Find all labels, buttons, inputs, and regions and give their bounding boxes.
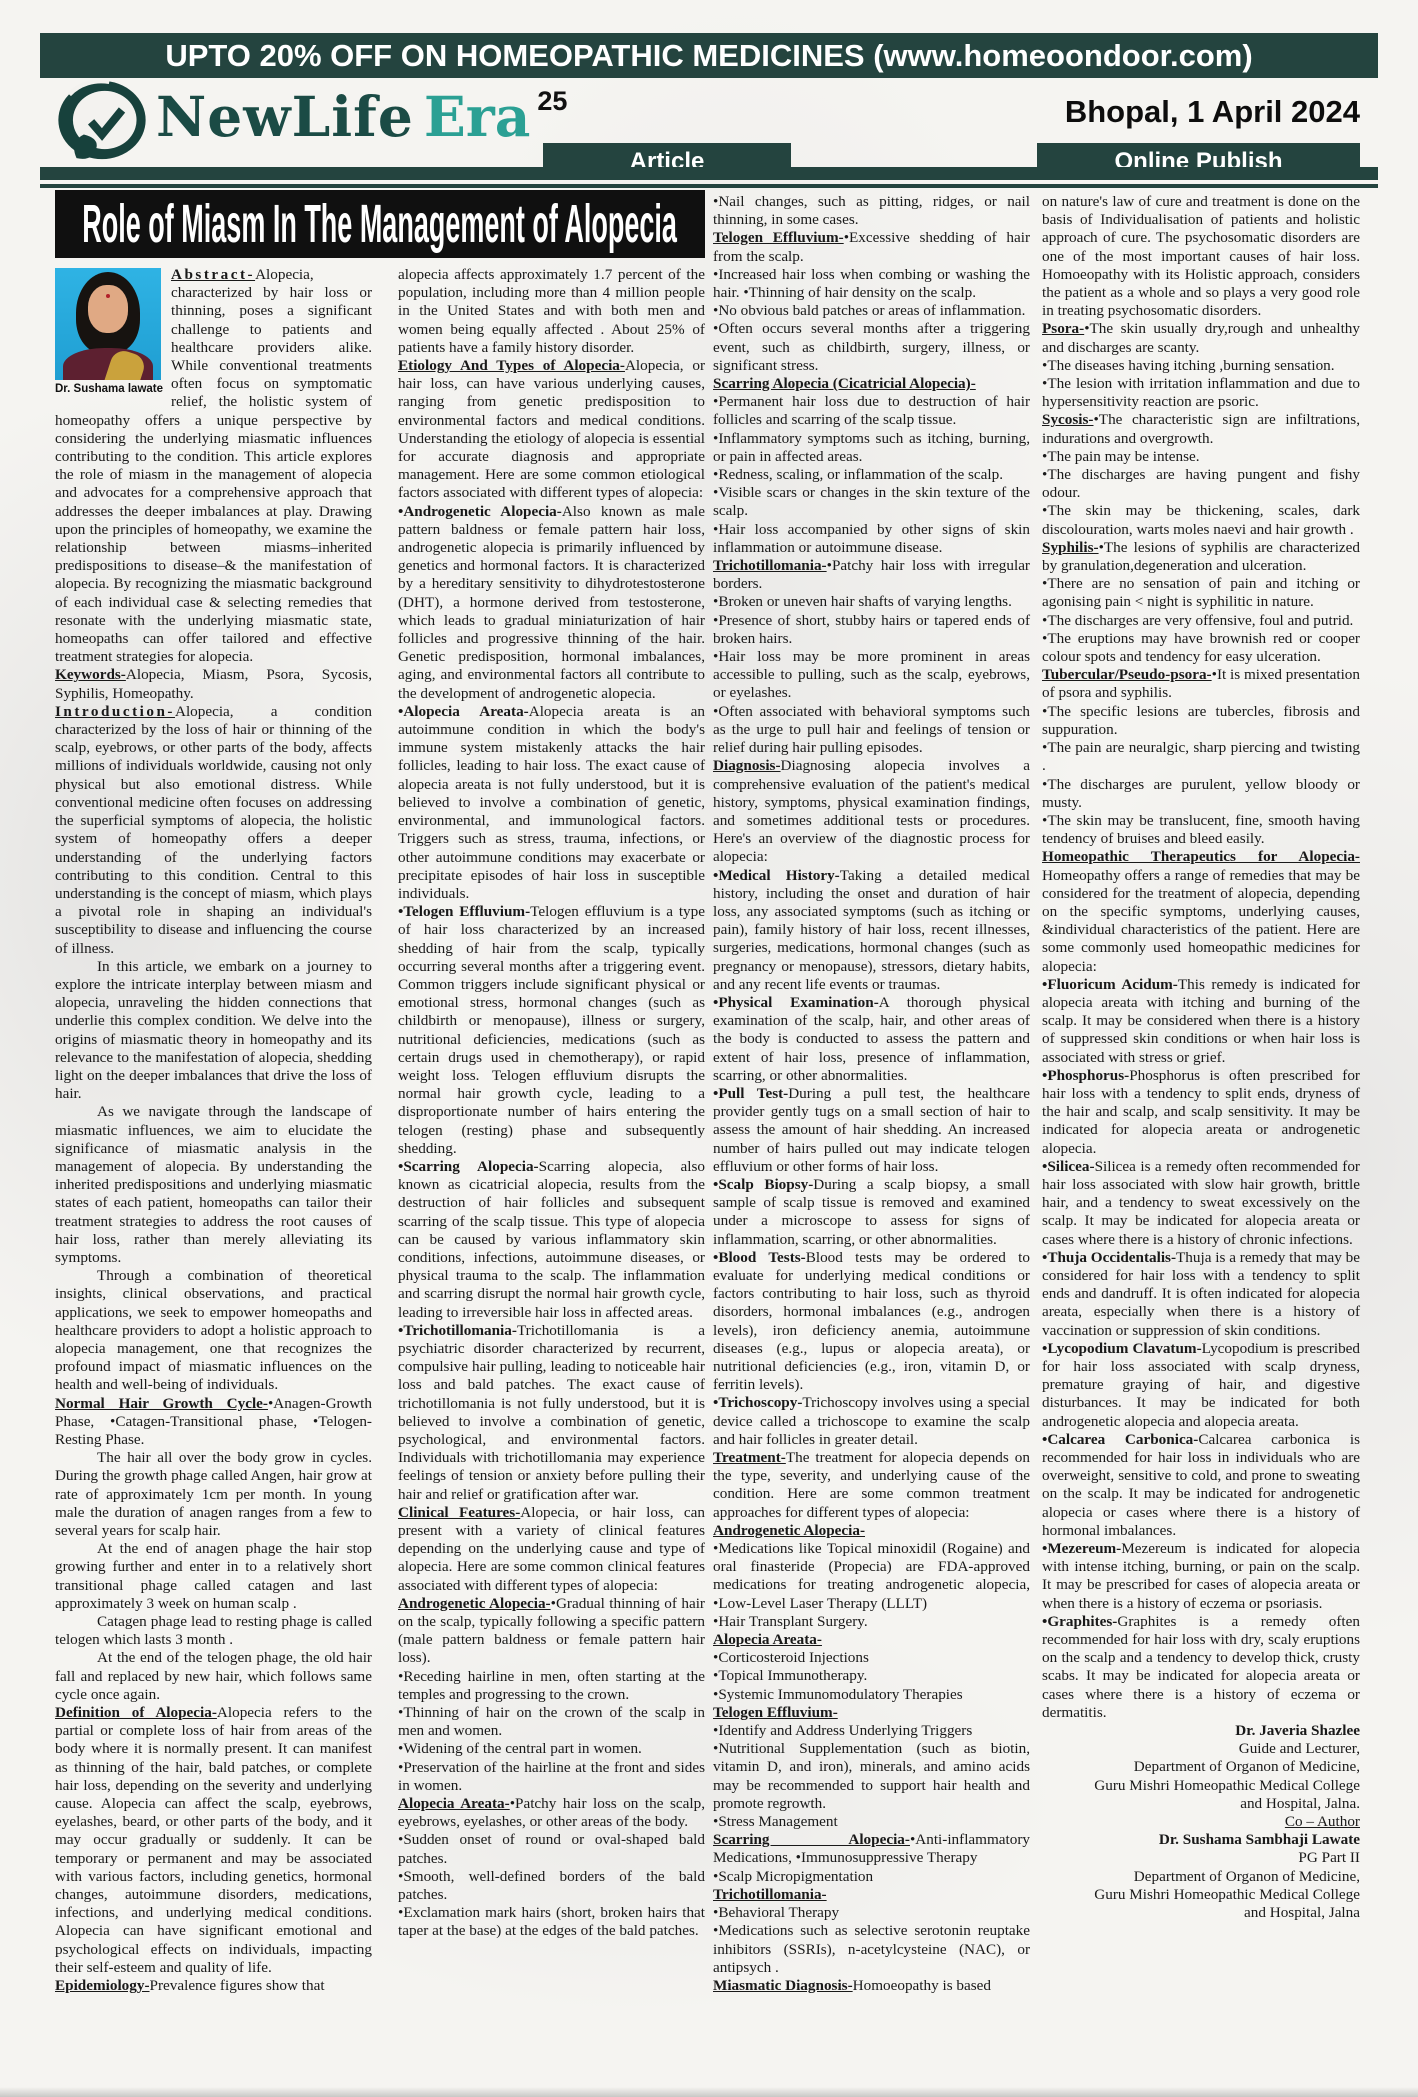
article-paragraph: Catagen phage lead to resting phage is c…: [55, 1613, 372, 1649]
article-paragraph: •Pull Test-During a pull test, the healt…: [713, 1085, 1030, 1176]
article-paragraph: •Widening of the central part in women.: [398, 1740, 705, 1758]
newlife-logo: NewLife Era 25: [56, 80, 567, 160]
article-paragraph: •Corticosteroid Injections: [713, 1649, 1030, 1667]
paragraph-lead: Definition of Alopecia-: [55, 1704, 217, 1721]
article-paragraph: Telogen Effluvium-: [713, 1704, 1030, 1722]
article-paragraph: •Redness, scaling, or inflammation of th…: [713, 466, 1030, 484]
article-paragraph: •Exclamation mark hairs (short, broken h…: [398, 1904, 705, 1940]
promo-banner-text: UPTO 20% OFF ON HOMEOPATHIC MEDICINES (w…: [165, 38, 1252, 74]
paragraph-lead: Androgenetic Alopecia-: [713, 1522, 865, 1539]
article-paragraph: Dr. Sushama Sambhaji Lawate: [1042, 1831, 1360, 1849]
paragraph-lead: •Androgenetic Alopecia-: [398, 503, 562, 520]
article-paragraph: •Medical History-Taking a detailed medic…: [713, 867, 1030, 994]
article-paragraph: •Behavioral Therapy: [713, 1904, 1030, 1922]
article-paragraph: •Stress Management: [713, 1813, 1030, 1831]
paragraph-lead: •Lycopodium Clavatum-: [1042, 1340, 1202, 1357]
paragraph-lead: •Pull Test-: [713, 1085, 788, 1102]
article-paragraph: Normal Hair Growth Cycle-•Anagen-Growth …: [55, 1395, 372, 1450]
article-paragraph: •The pain are neuralgic, sharp piercing …: [1042, 739, 1360, 775]
paragraph-lead: •Trichoscopy-: [713, 1394, 802, 1411]
article-paragraph: •Androgenetic Alopecia-Also known as mal…: [398, 503, 705, 703]
paragraph-lead: •Scarring Alopecia-: [398, 1158, 539, 1175]
article-paragraph: •Topical Immunotherapy.: [713, 1667, 1030, 1685]
paragraph-lead: •Telogen Effluvium-: [398, 903, 530, 920]
article-paragraph: •Nail changes, such as pitting, ridges, …: [713, 193, 1030, 229]
article-paragraph: Homeopathic Therapeutics for Alopecia-Ho…: [1042, 848, 1360, 975]
article-column-1: Dr. Sushama lawate Abstract-Alopecia, ch…: [55, 266, 372, 1995]
article-paragraph: •There are no sensation of pain and itch…: [1042, 575, 1360, 611]
paragraph-lead: •Thuja Occidentalis-: [1042, 1249, 1176, 1266]
paragraph-lead: Telogen Effluvium-: [713, 1704, 838, 1721]
paragraph-lead: Alopecia Areata-: [713, 1631, 822, 1648]
article-paragraph: •Scalp Biopsy-During a scalp biopsy, a s…: [713, 1176, 1030, 1249]
article-paragraph: Guide and Lecturer,: [1042, 1740, 1360, 1758]
paragraph-lead: Androgenetic Alopecia-: [398, 1595, 551, 1612]
article-paragraph: Psora-•The skin usually dry,rough and un…: [1042, 320, 1360, 356]
paragraph-lead: Syphilis-: [1042, 539, 1099, 556]
article-paragraph: Scarring Alopecia (Cicatricial Alopecia)…: [713, 375, 1030, 393]
article-paragraph: •Silicea-Silicea is a remedy often recom…: [1042, 1158, 1360, 1249]
article-headline-text: Role of Miasm In The Management of Alope…: [83, 193, 678, 255]
article-paragraph: •The lesion with irritation inflammation…: [1042, 375, 1360, 411]
paragraph-lead: Keywords-: [55, 666, 126, 683]
paragraph-lead: •Silicea-: [1042, 1158, 1095, 1175]
brand-newlife: NewLife: [156, 80, 414, 154]
article-paragraph: •The discharges are purulent, yellow blo…: [1042, 776, 1360, 812]
article-paragraph: •Phosphorus-Phosphorus is often prescrib…: [1042, 1067, 1360, 1158]
article-paragraph: Alopecia Areata-: [713, 1631, 1030, 1649]
article-paragraph: Treatment-The treatment for alopecia dep…: [713, 1449, 1030, 1522]
article-paragraph: As we navigate through the landscape of …: [55, 1103, 372, 1267]
article-paragraph: Sycosis-•The characteristic sign are inf…: [1042, 411, 1360, 447]
paragraph-lead: •Physical Examination-: [713, 994, 879, 1011]
article-paragraph: Dr. Javeria Shazlee: [1042, 1722, 1360, 1740]
article-paragraph: •Presence of short, stubby hairs or tape…: [713, 612, 1030, 648]
header-rule-thick: [40, 167, 1378, 180]
article-paragraph: •The eruptions may have brownish red or …: [1042, 630, 1360, 666]
paragraph-lead: Introduction-: [55, 703, 175, 720]
article-paragraph: Trichotillomania-: [713, 1886, 1030, 1904]
paragraph-lead: Miasmatic Diagnosis-: [713, 1977, 853, 1994]
article-headline: Role of Miasm In The Management of Alope…: [55, 190, 705, 258]
paragraph-lead: •Trichotillomania-: [398, 1322, 517, 1339]
article-paragraph: Department of Organon of Medicine,: [1042, 1868, 1360, 1886]
paragraph-lead: Scarring Alopecia-: [713, 1831, 910, 1848]
photo-face-shape: [88, 285, 128, 333]
article-paragraph: Guru Mishri Homeopathic Medical College: [1042, 1777, 1360, 1795]
header-rule-thin: [40, 184, 1378, 188]
article-paragraph: •Calcarea Carbonica-Calcarea carbonica i…: [1042, 1431, 1360, 1540]
paragraph-lead: •Medical History-: [713, 867, 840, 884]
article-paragraph: •Thinning of hair on the crown of the sc…: [398, 1704, 705, 1740]
paragraph-lead: •Calcarea Carbonica-: [1042, 1431, 1198, 1448]
article-paragraph: Scarring Alopecia-•Anti-inflammatory Med…: [713, 1831, 1030, 1867]
article-paragraph: •Scarring Alopecia-Scarring alopecia, al…: [398, 1158, 705, 1322]
article-paragraph: •Receding hairline in men, often startin…: [398, 1668, 705, 1704]
newspaper-page: UPTO 20% OFF ON HOMEOPATHIC MEDICINES (w…: [0, 0, 1418, 2097]
article-paragraph: Co – Author: [1042, 1813, 1360, 1831]
article-paragraph: on nature's law of cure and treatment is…: [1042, 193, 1360, 320]
paragraph-lead: Abstract-: [171, 266, 255, 283]
article-paragraph: •No obvious bald patches or areas of inf…: [713, 302, 1030, 320]
paragraph-lead: Diagnosis-: [713, 757, 781, 774]
article-paragraph: Guru Mishri Homeopathic Medical College: [1042, 1886, 1360, 1904]
paragraph-lead: Clinical Features-: [398, 1504, 520, 1521]
article-paragraph: •Often associated with behavioral sympto…: [713, 703, 1030, 758]
article-paragraph: •Blood Tests-Blood tests may be ordered …: [713, 1249, 1030, 1395]
paragraph-lead: Tubercular/Pseudo-psora-: [1042, 666, 1212, 683]
article-paragraph: Miasmatic Diagnosis-Homoeopathy is based: [713, 1977, 1030, 1995]
article-paragraph: Etiology And Types of Alopecia-Alopecia,…: [398, 357, 705, 503]
paragraph-lead: Trichotillomania-: [713, 1886, 827, 1903]
paragraph-lead: Scarring Alopecia (Cicatricial Alopecia)…: [713, 375, 976, 392]
article-paragraph: Definition of Alopecia-Alopecia refers t…: [55, 1704, 372, 1977]
article-paragraph: The hair all over the body grow in cycle…: [55, 1449, 372, 1540]
article-paragraph: At the end of anagen phage the hair stop…: [55, 1540, 372, 1613]
article-paragraph: •The pain may be intense.: [1042, 448, 1360, 466]
article-paragraph: •The skin may be thickening, scales, dar…: [1042, 502, 1360, 538]
article-paragraph: Androgenetic Alopecia-•Gradual thinning …: [398, 1595, 705, 1668]
article-paragraph: •Fluoricum Acidum-This remedy is indicat…: [1042, 976, 1360, 1067]
article-paragraph: •Alopecia Areata-Alopecia areata is an a…: [398, 703, 705, 903]
paragraph-lead: Trichotillomania-: [713, 557, 827, 574]
article-paragraph: •Nutritional Supplementation (such as bi…: [713, 1740, 1030, 1813]
article-paragraph: PG Part II: [1042, 1849, 1360, 1867]
paragraph-lead: •Alopecia Areata-: [398, 703, 529, 720]
article-paragraph: and Hospital, Jalna: [1042, 1904, 1360, 1922]
article-paragraph: •Identify and Address Underlying Trigger…: [713, 1722, 1030, 1740]
article-paragraph: •Increased hair loss when combing or was…: [713, 266, 1030, 302]
paragraph-lead: Epidemiology-: [55, 1977, 150, 1994]
paragraph-lead: Treatment-: [713, 1449, 786, 1466]
paragraph-lead: Normal Hair Growth Cycle-: [55, 1395, 268, 1412]
article-paragraph: •Medications such as selective serotonin…: [713, 1922, 1030, 1977]
article-paragraph: Clinical Features-Alopecia, or hair loss…: [398, 1504, 705, 1595]
article-paragraph: •Hair loss accompanied by other signs of…: [713, 521, 1030, 557]
article-paragraph: •Trichoscopy-Trichoscopy involves using …: [713, 1394, 1030, 1449]
dateline: Bhopal, 1 April 2024: [1065, 94, 1360, 130]
paragraph-lead: •Scalp Biopsy-: [713, 1176, 813, 1193]
article-paragraph: •The specific lesions are tubercles, fib…: [1042, 703, 1360, 739]
article-paragraph: Syphilis-•The lesions of syphilis are ch…: [1042, 539, 1360, 575]
article-paragraph: •Lycopodium Clavatum-Lycopodium is presc…: [1042, 1340, 1360, 1431]
article-paragraph: •The discharges are very offensive, foul…: [1042, 612, 1360, 630]
article-paragraph: •Hair loss may be more prominent in area…: [713, 648, 1030, 703]
article-paragraph: •Trichotillomania-Trichotillomania is a …: [398, 1322, 705, 1504]
article-paragraph: Diagnosis-Diagnosing alopecia involves a…: [713, 757, 1030, 866]
article-paragraph: and Hospital, Jalna.: [1042, 1795, 1360, 1813]
article-paragraph: Introduction-Alopecia, a condition chara…: [55, 703, 372, 958]
scan-edge-shadow: [0, 2087, 1418, 2097]
article-paragraph: •Mezereum-Mezereum is indicated for alop…: [1042, 1540, 1360, 1613]
article-paragraph: Telogen Effluvium-•Excessive shedding of…: [713, 229, 1030, 265]
article-paragraph: •Thuja Occidentalis-Thuja is a remedy th…: [1042, 1249, 1360, 1340]
paragraph-lead: Sycosis-: [1042, 411, 1093, 428]
photo-caption: Dr. Sushama lawate: [55, 382, 161, 397]
article-column-2: alopecia affects approximately 1.7 perce…: [398, 266, 705, 1941]
article-paragraph: Keywords-Alopecia, Miasm, Psora, Sycosis…: [55, 666, 372, 702]
article-paragraph: •Permanent hair loss due to destruction …: [713, 393, 1030, 429]
article-paragraph: •Sudden onset of round or oval-shaped ba…: [398, 1831, 705, 1867]
article-paragraph: In this article, we embark on a journey …: [55, 958, 372, 1104]
paragraph-lead: Homeopathic Therapeutics for Alopecia-: [1042, 848, 1360, 865]
article-paragraph: •Medications like Topical minoxidil (Rog…: [713, 1540, 1030, 1613]
brand-era: Era: [424, 80, 531, 154]
article-paragraph: •Broken or uneven hair shafts of varying…: [713, 593, 1030, 611]
article-paragraph: •Telogen Effluvium-Telogen effluvium is …: [398, 903, 705, 1158]
article-paragraph: •Physical Examination-A thorough physica…: [713, 994, 1030, 1085]
article-paragraph: •Hair Transplant Surgery.: [713, 1613, 1030, 1631]
article-paragraph: Epidemiology-Prevalence figures show tha…: [55, 1977, 372, 1995]
article-column-4: on nature's law of cure and treatment is…: [1042, 193, 1360, 1922]
article-paragraph: Tubercular/Pseudo-psora-•It is mixed pre…: [1042, 666, 1360, 702]
article-paragraph: •The skin may be translucent, fine, smoo…: [1042, 812, 1360, 848]
newlife-logo-icon: [56, 80, 148, 160]
paragraph-lead: •Mezereum-: [1042, 1540, 1121, 1557]
article-paragraph: •The discharges are having pungent and f…: [1042, 466, 1360, 502]
paragraph-lead: Psora-: [1042, 320, 1084, 337]
article-column-3: •Nail changes, such as pitting, ridges, …: [713, 193, 1030, 1995]
article-paragraph: Trichotillomania-•Patchy hair loss with …: [713, 557, 1030, 593]
article-paragraph: Through a combination of theoretical ins…: [55, 1267, 372, 1394]
promo-banner: UPTO 20% OFF ON HOMEOPATHIC MEDICINES (w…: [40, 33, 1378, 78]
article-paragraph: Alopecia Areata-•Patchy hair loss on the…: [398, 1795, 705, 1831]
article-paragraph: alopecia affects approximately 1.7 perce…: [398, 266, 705, 357]
photo-bindi-shape: [106, 294, 110, 298]
paragraph-lead: •Graphites-: [1042, 1613, 1117, 1630]
article-paragraph: •Smooth, well-defined borders of the bal…: [398, 1868, 705, 1904]
page-number: 25: [537, 88, 567, 115]
article-paragraph: •Preservation of the hairline at the fro…: [398, 1759, 705, 1795]
paragraph-lead: •Fluoricum Acidum-: [1042, 976, 1178, 993]
paragraph-lead: •Phosphorus-: [1042, 1067, 1129, 1084]
article-paragraph: Androgenetic Alopecia-: [713, 1522, 1030, 1540]
paragraph-lead: •Blood Tests-: [713, 1249, 806, 1266]
article-paragraph: •Systemic Immunomodulatory Therapies: [713, 1686, 1030, 1704]
paragraph-lead: Etiology And Types of Alopecia-: [398, 357, 625, 374]
paragraph-lead: Telogen Effluvium-: [713, 229, 844, 246]
author-photo: [55, 268, 161, 380]
paragraph-lead: Alopecia Areata-: [398, 1795, 510, 1812]
article-paragraph: Department of Organon of Medicine,: [1042, 1758, 1360, 1776]
article-paragraph: •Graphites-Graphites is a remedy often r…: [1042, 1613, 1360, 1722]
article-paragraph: •The diseases having itching ,burning se…: [1042, 357, 1360, 375]
article-paragraph: •Visible scars or changes in the skin te…: [713, 484, 1030, 520]
article-paragraph: •Scalp Micropigmentation: [713, 1868, 1030, 1886]
article-paragraph: •Often occurs several months after a tri…: [713, 320, 1030, 375]
article-paragraph: •Inflammatory symptoms such as itching, …: [713, 430, 1030, 466]
article-paragraph: At the end of the telogen phage, the old…: [55, 1649, 372, 1704]
author-photo-block: Dr. Sushama lawate: [55, 268, 161, 397]
